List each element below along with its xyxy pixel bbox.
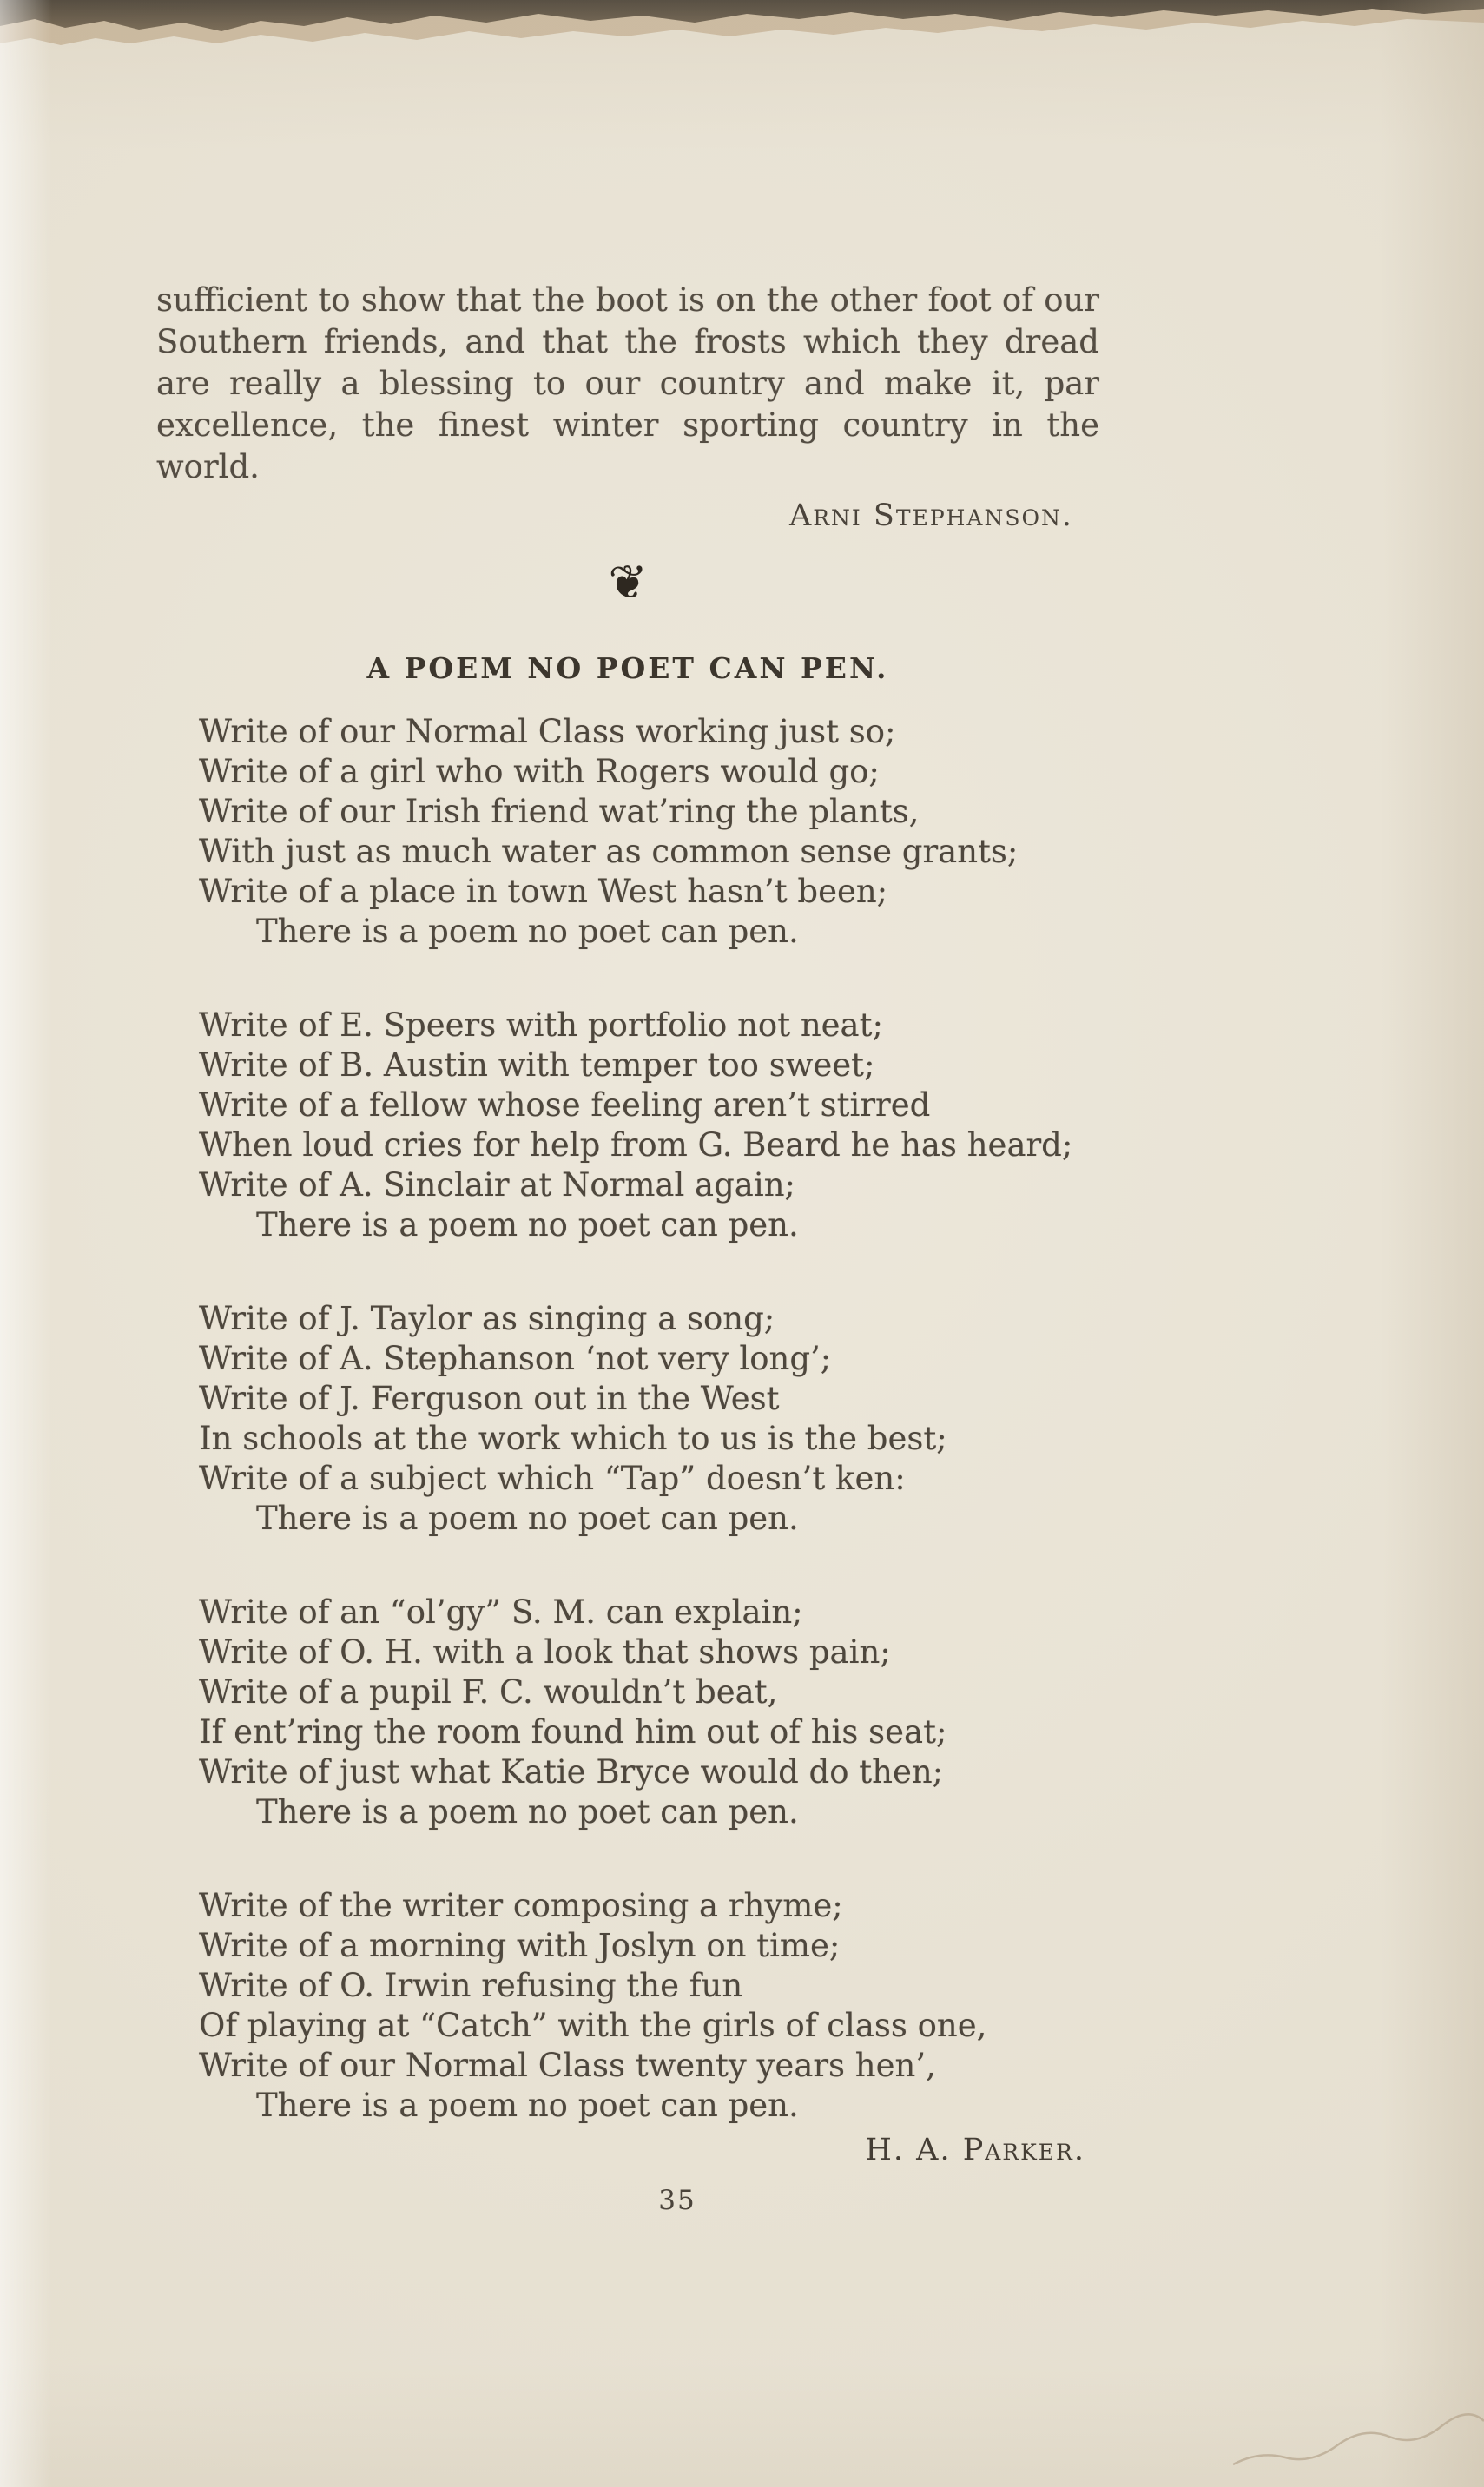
refrain-line: There is a poem no poet can pen. (256, 1205, 1484, 1245)
intro-signature: Arni Stephanson. (789, 498, 1073, 533)
poem-line: Write of a subject which “Tap” doesn’t k… (199, 1459, 1484, 1499)
poem-signature: H. A. Parker. (865, 2133, 1085, 2167)
poem-line: With just as much water as common sense … (199, 832, 1484, 872)
poem-line: Of playing at “Catch” with the girls of … (199, 2006, 1484, 2046)
poem-line: Write of an “ol’gy” S. M. can explain; (199, 1593, 1484, 1633)
intro-paragraph: sufficient to show that the boot is on t… (156, 280, 1099, 488)
poem-title: A POEM NO POET CAN PEN. (156, 651, 1099, 686)
book-page: sufficient to show that the boot is on t… (0, 0, 1484, 2487)
poem-line: Write of J. Ferguson out in the West (199, 1379, 1484, 1419)
page-content: sufficient to show that the boot is on t… (0, 0, 1484, 2487)
poem-line: Write of our Normal Class twenty years h… (199, 2046, 1484, 2086)
refrain-line: There is a poem no poet can pen. (256, 1499, 1484, 1539)
poem-line: Write of the writer composing a rhyme; (199, 1886, 1484, 1926)
poem-line: Write of a fellow whose feeling aren’t s… (199, 1085, 1484, 1125)
poem-line: Write of our Normal Class working just s… (199, 712, 1484, 752)
poem-line: Write of a morning with Joslyn on time; (199, 1926, 1484, 1966)
ornament-row: ❦ (156, 557, 1099, 610)
intro-byline: Arni Stephanson. (156, 497, 1073, 535)
poem-line: When loud cries for help from G. Beard h… (199, 1125, 1484, 1165)
poem-line: Write of O. Irwin refusing the fun (199, 1966, 1484, 2006)
poem-line: Write of B. Austin with temper too sweet… (199, 1046, 1484, 1085)
stanza-5: Write of the writer composing a rhyme; W… (199, 1886, 1484, 2126)
stanza-1: Write of our Normal Class working just s… (199, 712, 1484, 952)
poem-line: Write of a place in town West hasn’t bee… (199, 872, 1484, 912)
poem-line: In schools at the work which to us is th… (199, 1419, 1484, 1459)
stanza-2: Write of E. Speers with portfolio not ne… (199, 1006, 1484, 1245)
poem-line: Write of A. Sinclair at Normal again; (199, 1165, 1484, 1205)
fleuron-icon: ❦ (608, 555, 647, 610)
poem-line: Write of just what Katie Bryce would do … (199, 1752, 1484, 1792)
poem-line: Write of a pupil F. C. wouldn’t beat, (199, 1672, 1484, 1712)
stanza-4: Write of an “ol’gy” S. M. can explain; W… (199, 1593, 1484, 1832)
poem-line: Write of J. Taylor as singing a song; (199, 1299, 1484, 1339)
poem-line: Write of E. Speers with portfolio not ne… (199, 1006, 1484, 1046)
poem-line: Write of O. H. with a look that shows pa… (199, 1633, 1484, 1672)
poem-line: Write of our Irish friend wat’ring the p… (199, 792, 1484, 832)
refrain-line: There is a poem no poet can pen. (256, 912, 1484, 952)
refrain-line: There is a poem no poet can pen. (256, 2086, 1484, 2126)
page-number: 35 (156, 2183, 1198, 2218)
poem-line: Write of A. Stephanson ‘not very long’; (199, 1339, 1484, 1379)
stanza-3: Write of J. Taylor as singing a song; Wr… (199, 1299, 1484, 1539)
refrain-line: There is a poem no poet can pen. (256, 1792, 1484, 1832)
poem-byline: H. A. Parker. (156, 2131, 1085, 2169)
poem-line: If ent’ring the room found him out of hi… (199, 1712, 1484, 1752)
poem-line: Write of a girl who with Rogers would go… (199, 752, 1484, 792)
